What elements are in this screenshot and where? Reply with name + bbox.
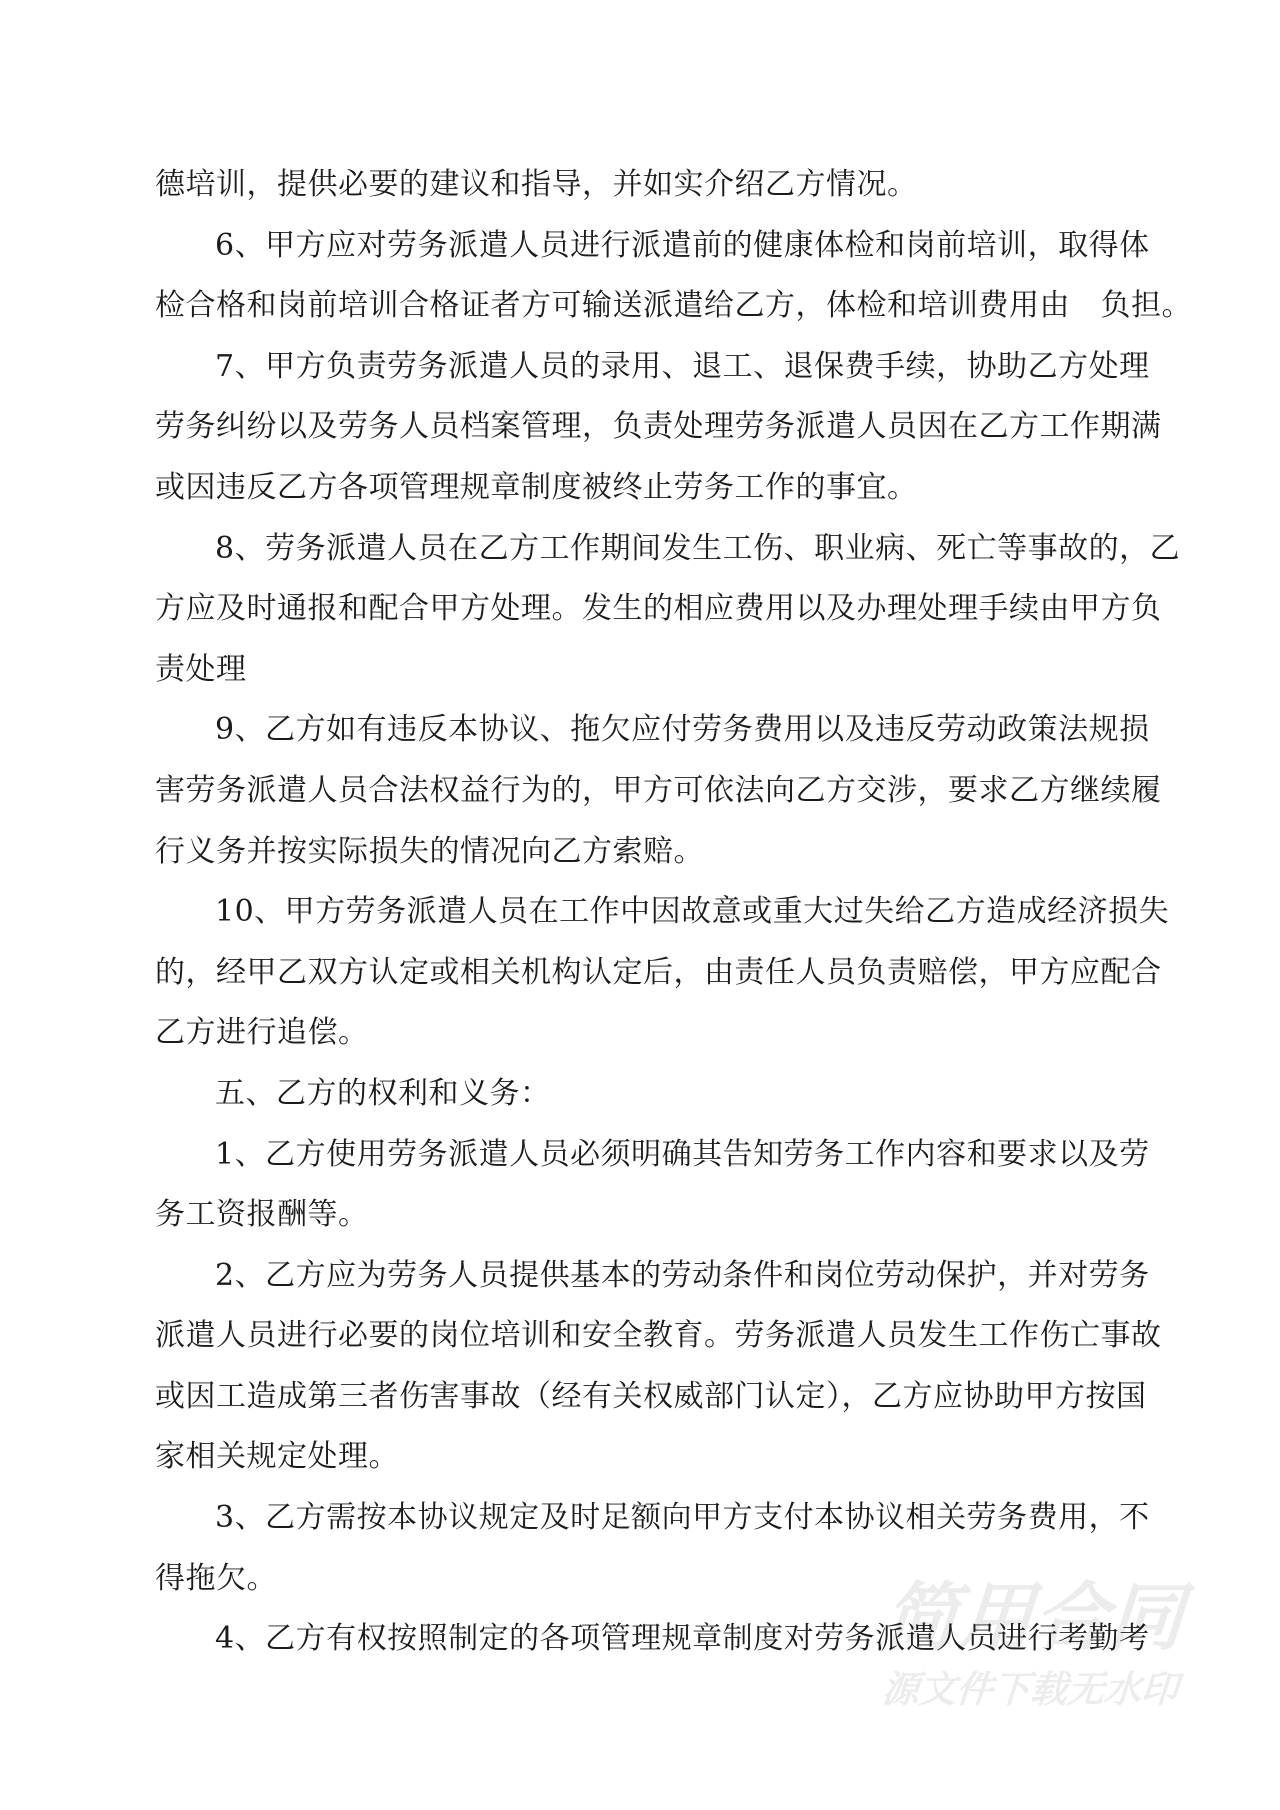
document-line: 得拖欠。 [155,1549,1155,1610]
document-line: 6、甲方应对劳务派遣人员进行派遣前的健康体检和岗前培训，取得体 [155,216,1155,277]
document-line: 劳务纠纷以及劳务人员档案管理，负责处理劳务派遣人员因在乙方工作期满 [155,397,1155,458]
document-line: 4、乙方有权按照制定的各项管理规章制度对劳务派遣人员进行考勤考 [155,1609,1155,1670]
document-line: 派遣人员进行必要的岗位培训和安全教育。劳务派遣人员发生工作伤亡事故 [155,1306,1155,1367]
document-line: 或因工造成第三者伤害事故（经有关权威部门认定），乙方应协助甲方按国 [155,1367,1155,1428]
document-line: 检合格和岗前培训合格证者方可输送派遣给乙方，体检和培训费用由 负担。 [155,276,1155,337]
document-page: 简用合同 源文件下载无水印 德培训，提供必要的建议和指导，并如实介绍乙方情况。6… [0,0,1280,1810]
document-line: 五、乙方的权利和义务： [155,1064,1155,1125]
document-line: 责处理 [155,640,1155,701]
document-line: 行义务并按实际损失的情况向乙方索赔。 [155,822,1155,883]
document-line: 德培训，提供必要的建议和指导，并如实介绍乙方情况。 [155,155,1155,216]
document-body: 德培训，提供必要的建议和指导，并如实介绍乙方情况。6、甲方应对劳务派遣人员进行派… [155,155,1155,1670]
document-line: 或因违反乙方各项管理规章制度被终止劳务工作的事宜。 [155,458,1155,519]
document-line: 3、乙方需按本协议规定及时足额向甲方支付本协议相关劳务费用，不 [155,1488,1155,1549]
document-line: 10、甲方劳务派遣人员在工作中因故意或重大过失给乙方造成经济损失 [155,882,1155,943]
document-line: 的，经甲乙双方认定或相关机构认定后，由责任人员负责赔偿，甲方应配合 [155,943,1155,1004]
document-line: 7、甲方负责劳务派遣人员的录用、退工、退保费手续，协助乙方处理 [155,337,1155,398]
document-line: 1、乙方使用劳务派遣人员必须明确其告知劳务工作内容和要求以及劳 [155,1125,1155,1186]
document-line: 8、劳务派遣人员在乙方工作期间发生工伤、职业病、死亡等事故的，乙 [155,519,1155,580]
document-line: 害劳务派遣人员合法权益行为的，甲方可依法向乙方交涉，要求乙方继续履 [155,761,1155,822]
document-line: 方应及时通报和配合甲方处理。发生的相应费用以及办理处理手续由甲方负 [155,579,1155,640]
watermark-tagline: 源文件下载无水印 [880,1666,1183,1712]
document-line: 乙方进行追偿。 [155,1003,1155,1064]
document-line: 9、乙方如有违反本协议、拖欠应付劳务费用以及违反劳动政策法规损 [155,700,1155,761]
document-line: 家相关规定处理。 [155,1427,1155,1488]
document-line: 务工资报酬等。 [155,1185,1155,1246]
document-line: 2、乙方应为劳务人员提供基本的劳动条件和岗位劳动保护，并对劳务 [155,1246,1155,1307]
